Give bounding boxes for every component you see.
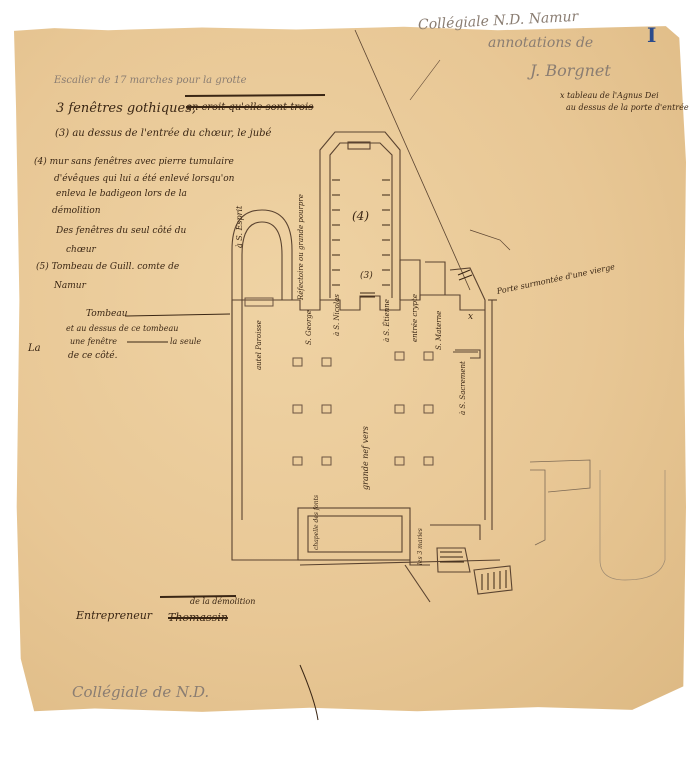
note-4-line-e: Des fenêtres du seul côté du [56,227,186,237]
note-4-line-b: d'évêques qui lui a été enlevé lorsqu'on [54,175,234,185]
title-line-3: J. Borgnet [530,62,611,80]
note-tombeau-3: une fenêtre [70,338,117,347]
footer-entrepreneur-above: de la démolition [190,598,255,607]
label-grande-nef: grande nef vers [362,426,371,490]
note-5-line-a: (5) Tombeau de Guill. comte de [36,263,179,273]
note-4-line-d: démolition [52,207,101,217]
title-line-2: annotations de [488,36,593,51]
sheet-number: I [647,24,656,46]
label-st-george: S. George [306,310,314,345]
label-choir: Réfectoire ou grande pourpre [298,194,306,300]
label-chapelle-fonts: chapelle des fonts [314,495,321,550]
note-tombeau-3b: la seule [170,338,201,347]
label-autel-paroisse: autel Paroisse [256,320,264,370]
label-trois-maries: les 3 maries [418,528,425,565]
note-4-line-f: chœur [66,246,96,256]
note-x-line-1: x tableau de l'Agnus Dei [560,92,659,101]
label-choir-number: (4) [352,210,369,223]
label-st-sacrement: à S. Sacrement [460,361,468,415]
margin-note-la: La [28,343,41,354]
label-jube-number: (3) [360,272,373,282]
label-st-esprit: à S. Esprit [236,206,245,248]
note-fenetres: 3 fenêtres gothiques, [56,102,196,116]
label-entree-crypte: entrée crypte [412,294,420,342]
label-st-materne: S. Materne [436,311,444,350]
footer-pencil-caption: Collégiale de N.D. [72,684,209,701]
label-st-etienne: à S. Étienne [384,299,392,342]
label-x-mark: x [468,313,473,323]
note-tombeau-4: de ce côté. [68,352,117,362]
note-tombeau-2: et au dessus de ce tombeau [66,325,178,334]
note-5-line-b: Namur [54,282,86,292]
note-4-line-c: enleva le badigeon lors de la [56,190,187,200]
note-jube: (3) au dessus de l'entrée du chœur, le j… [55,128,271,139]
footer-entrepreneur-name: Thomassin [168,612,228,624]
note-4-line-a: (4) mur sans fenêtres avec pierre tumula… [34,158,234,168]
label-st-nicolas: à S. Nicolas [334,294,342,336]
footer-entrepreneur: Entrepreneur [76,610,152,622]
note-x-line-2: au dessus de la porte d'entrée [566,104,689,113]
note-tombeau-1: Tombeau [86,310,128,320]
note-fenetres-struck: on croit qu'elle sont trois [186,102,313,113]
note-escalier: Escalier de 17 marches pour la grotte [54,75,246,86]
